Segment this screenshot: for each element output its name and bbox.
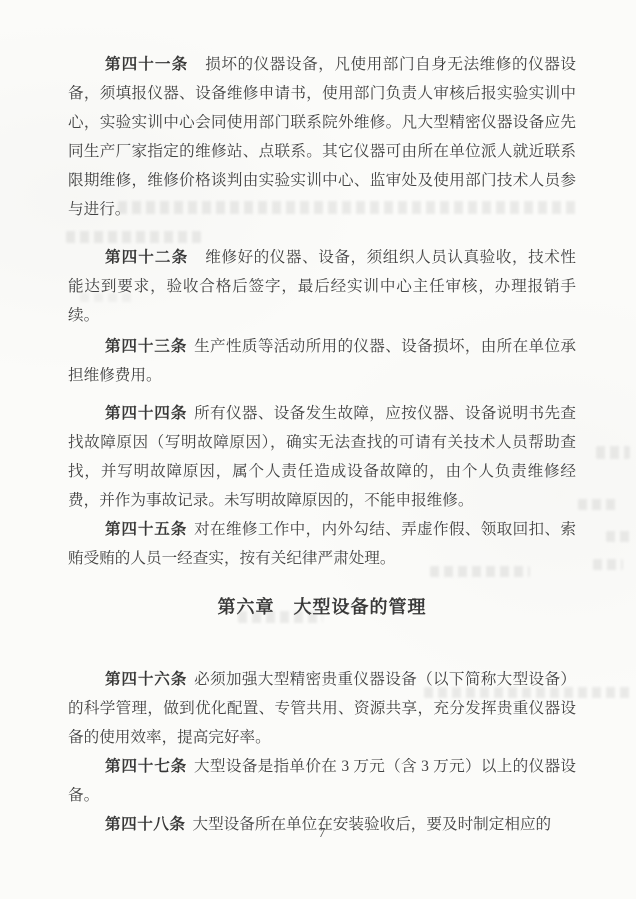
article-46: 第四十六条必须加强大型精密贵重仪器设备（以下简称大型设备）的科学管理，做到优化配… <box>68 665 576 752</box>
ink-bleed-artifact <box>238 611 323 623</box>
article-41-number: 第四十一条 <box>105 56 188 73</box>
article-45-number: 第四十五条 <box>105 521 187 538</box>
ink-bleed-artifact <box>430 566 530 577</box>
page-number: 7 <box>0 826 636 842</box>
article-47: 第四十七条大型设备是指单价在 3 万元（含 3 万元）以上的仪器设备。 <box>68 752 576 810</box>
ink-bleed-artifact <box>578 499 620 510</box>
ink-bleed-artifact <box>66 231 201 243</box>
ink-bleed-artifact <box>424 687 634 698</box>
document-body: 第四十一条损坏的仪器设备，凡使用部门自身无法维修的仪器设备，须填报仪器、设备维修… <box>68 50 576 839</box>
ink-bleed-artifact <box>596 446 630 459</box>
article-44: 第四十四条所有仪器、设备发生故障，应按仪器、设备说明书先查找故障原因（写明故障原… <box>68 399 576 515</box>
ink-bleed-artifact <box>593 559 623 570</box>
article-42-number: 第四十二条 <box>105 249 188 266</box>
article-41-text: 损坏的仪器设备，凡使用部门自身无法维修的仪器设备，须填报仪器、设备维修申请书，使… <box>68 56 576 218</box>
ink-bleed-artifact <box>606 531 632 542</box>
article-41: 第四十一条损坏的仪器设备，凡使用部门自身无法维修的仪器设备，须填报仪器、设备维修… <box>68 50 576 224</box>
ink-bleed-artifact <box>80 293 135 302</box>
article-44-number: 第四十四条 <box>105 405 187 422</box>
article-45: 第四十五条对在维修工作中，内外勾结、弄虚作假、领取回扣、索贿受贿的人员一经查实，… <box>68 515 576 573</box>
article-42: 第四十二条维修好的仪器、设备，须组织人员认真验收，技术性能达到要求，验收合格后签… <box>68 243 576 330</box>
article-43: 第四十三条生产性质等活动所用的仪器、设备损坏，由所在单位承担维修费用。 <box>68 332 576 390</box>
article-43-number: 第四十三条 <box>105 338 187 355</box>
article-46-number: 第四十六条 <box>105 671 187 688</box>
article-47-number: 第四十七条 <box>105 758 187 775</box>
document-page: 第四十一条损坏的仪器设备，凡使用部门自身无法维修的仪器设备，须填报仪器、设备维修… <box>0 0 636 899</box>
ink-bleed-artifact <box>118 201 580 214</box>
